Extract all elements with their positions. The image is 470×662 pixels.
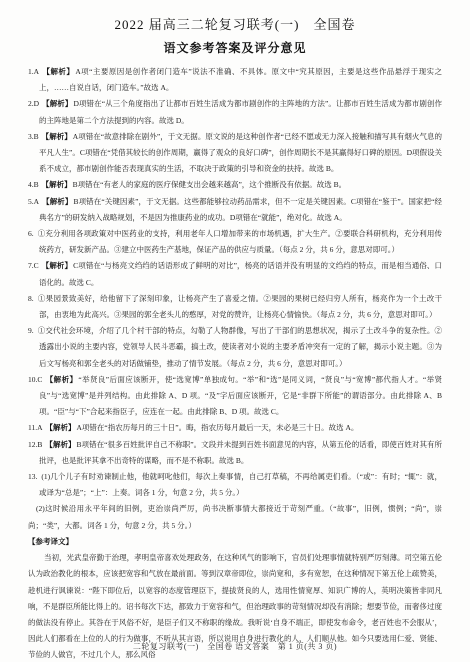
answer-number: 5.A (28, 197, 39, 206)
page-footer: 二轮复习联考(一) 全国卷 语文答案 第 1 页(共 3 页) (0, 641, 470, 652)
answer-text: “举贤良”后面应该断开，使“选宽博”单独成句。“举”和“选”是同义词，“贤良”与… (39, 375, 442, 416)
answer-item-7: 7.C【解析】C项错在“与杨亮文绉绉的话语形成了鲜明的对比”，杨亮的话语并没有明… (28, 258, 442, 290)
answer-text: B项错在“关键因素”，于文无据。这些都能够拉动药品需求，但不一定是关键因素。C项… (39, 197, 442, 222)
answer-number: 8. (28, 294, 34, 303)
answer-item-9: 9.①交代社会环境，介绍了几个村干部的特点，勾勒了人物群像，写出了干部们的思想状… (28, 323, 442, 372)
answer-text: (2)这时候沿用永平年间的旧例，吏治崇尚严厉，尚书决断事情大都接近于苛刻严重。（… (28, 504, 442, 529)
answer-text: (1)几个儿子有时劝谏制止他，他就呵叱他们，每次上奏事情，自己打草稿，不再给属吏… (39, 472, 442, 497)
answer-number: 1.A (28, 67, 39, 76)
answer-text: ①交代社会环境，介绍了几个村干部的特点，勾勒了人物群像，写出了干部们的思想状况，… (38, 326, 442, 367)
answer-item-2: 2.D【解析】D项错在“从三个角度指出了让都市百姓生活成为都市剧创作的主阵地的方… (28, 96, 442, 128)
answers-section: 1.A【解析】A项“主要原因是创作者闭门造车”说法不准确、不具体。原文中“究其原… (28, 64, 442, 662)
answer-number: 12.B (28, 440, 42, 449)
answer-item-13-part2: (2)这时候沿用永平年间的旧例，吏治崇尚严厉，尚书决断事情大都接近于苛刻严重。（… (28, 501, 442, 533)
reference-translation-header: 【参考译文】 (28, 534, 442, 550)
document-page: 2022 届高三二轮复习联考(一) 全国卷 语文参考答案及评分意见 1.A【解析… (0, 0, 470, 662)
page-title: 2022 届高三二轮复习联考(一) 全国卷 (28, 14, 442, 33)
answer-text: D项错在“从三个角度指出了让都市百姓生活成为都市剧创作的主阵地的方法”。让都市百… (39, 99, 442, 124)
analysis-tag: 【解析】 (42, 261, 72, 270)
analysis-tag: 【解析】 (42, 67, 74, 76)
answer-text: A项错在“故意排除在剧外”，于文无据。原文说的是这种创作者“已经不愿或无力深入接… (39, 132, 442, 173)
page-subtitle: 语文参考答案及评分意见 (28, 39, 442, 56)
analysis-tag: 【解析】 (46, 423, 76, 432)
answer-text: A项“主要原因是创作者闭门造车”说法不准确、不具体。原文中“究其原因，主要是这些… (39, 67, 442, 92)
answer-number: 11.A (28, 423, 43, 432)
analysis-tag: 【解析】 (45, 375, 77, 384)
analysis-tag: 【解析】 (42, 132, 72, 141)
answer-item-3: 3.B【解析】A项错在“故意排除在剧外”，于文无据。原文说的是这种创作者“已经不… (28, 129, 442, 178)
analysis-tag: 【解析】 (42, 180, 72, 189)
answer-number: 10.C (28, 375, 42, 384)
answer-item-4: 4.B【解析】B项错在“有老人的家庭的医疗保健支出会越来越高”，这个推断没有依据… (28, 177, 442, 193)
analysis-tag: 【解析】 (45, 440, 75, 449)
answer-number: 9. (28, 326, 34, 335)
answer-text: C项错在“与杨亮文绉绉的话语形成了鲜明的对比”，杨亮的话语并没有明显的文绉绉的特… (39, 261, 442, 286)
answer-text: ①充分利用各项政策对中医药业的支持，利用老年人口增加带来的市场机遇，扩大生产。②… (38, 229, 442, 254)
answer-item-8: 8.①果园景致美好，给他留下了深刻印象，让杨亮产生了喜爱之情。②果园的果树已经归… (28, 291, 442, 323)
answer-item-13-part1: 13.(1)几个儿子有时劝谏制止他，他就呵叱他们，每次上奏事情，自己打草稿，不再… (28, 469, 442, 501)
answer-text: B项错在“有老人的家庭的医疗保健支出会越来越高”，这个推断没有依据。故选 B。 (73, 180, 347, 189)
answer-item-11: 11.A【解析】A项错在“指农历每月的三十日”。晦，指农历每月最后一天，未必是三… (28, 420, 442, 436)
answer-number: 2.D (28, 99, 39, 108)
answer-text: B项错在“很多百姓批评自己不称职”。文段并未提到百姓书面意见的内容，从第五伦的话… (39, 440, 442, 465)
answer-text: A项错在“指农历每月的三十日”。晦，指农历每月最后一天，未必是三十日。故选 A。 (77, 423, 359, 432)
answer-item-1: 1.A【解析】A项“主要原因是创作者闭门造车”说法不准确、不具体。原文中“究其原… (28, 64, 442, 96)
answer-item-12: 12.B【解析】B项错在“很多百姓批评自己不称职”。文段并未提到百姓书面意见的内… (28, 437, 442, 469)
answer-text: ①果园景致美好，给他留下了深刻印象，让杨亮产生了喜爱之情。②果园的果树已经归穷人… (38, 294, 442, 319)
analysis-tag: 【解析】 (42, 99, 72, 108)
answer-number: 4.B (28, 180, 39, 189)
analysis-tag: 【解析】 (42, 197, 72, 206)
answer-number: 7.C (28, 261, 39, 270)
answer-item-6: 6.①充分利用各项政策对中医药业的支持，利用老年人口增加带来的市场机遇，扩大生产… (28, 226, 442, 258)
answer-item-5: 5.A【解析】B项错在“关键因素”，于文无据。这些都能够拉动药品需求，但不一定是… (28, 194, 442, 226)
answer-number: 13. (28, 472, 37, 481)
answer-number: 6. (28, 229, 34, 238)
answer-number: 3.B (28, 132, 39, 141)
answer-item-10: 10.C【解析】“举贤良”后面应该断开，使“选宽博”单独成句。“举”和“选”是同… (28, 372, 442, 421)
